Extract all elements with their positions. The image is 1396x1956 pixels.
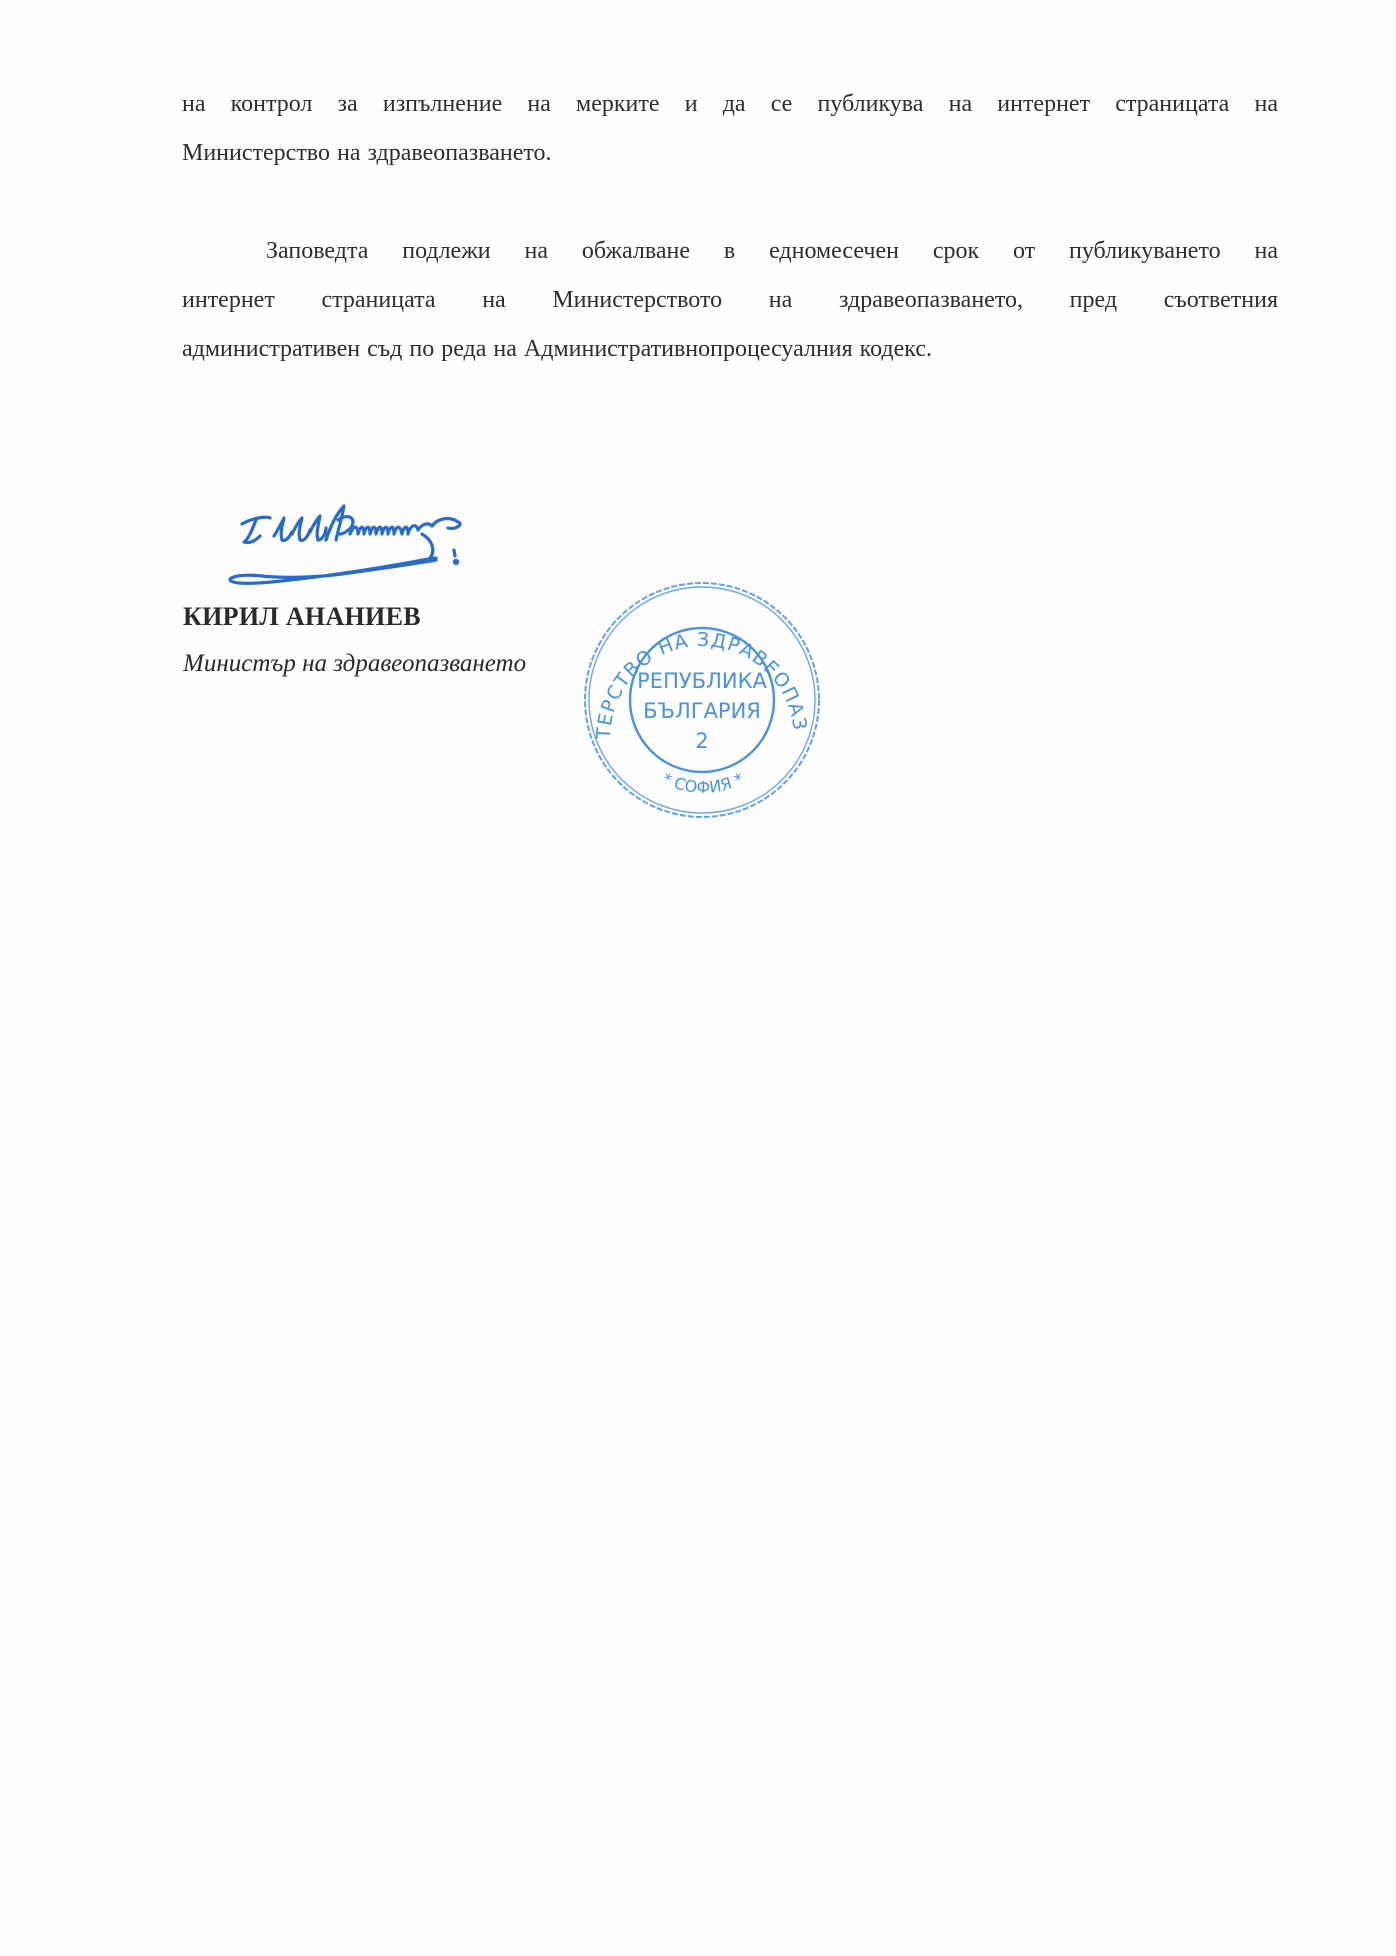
word: кодекс.	[860, 325, 932, 374]
word: Заповедта	[266, 227, 368, 276]
word: здравеопазването.	[367, 129, 551, 178]
paragraph-line: наконтролзаизпълнениенамеркитеидасепубли…	[182, 80, 1278, 129]
word: Административнопроцесуалния	[524, 325, 853, 374]
word: на	[949, 80, 973, 129]
word: интернет	[182, 276, 275, 325]
word: на	[524, 227, 548, 276]
stamp-bottom-text: * СОФИЯ *	[659, 769, 746, 797]
paragraph-line: Заповедтаподлежинаобжалваневедномесеченс…	[182, 227, 1278, 276]
word: публикува	[817, 80, 923, 129]
word: Министерство	[182, 129, 330, 178]
handwritten-signature	[222, 500, 484, 595]
word: на	[769, 276, 793, 325]
word: пред	[1070, 276, 1117, 325]
stamp-center-line: 2	[695, 729, 708, 753]
paragraph-appeal-notice: Заповедтаподлежинаобжалваневедномесеченс…	[182, 227, 1278, 374]
paragraph-line: административенсъдпореданаАдминистративн…	[182, 325, 1278, 374]
word: административен	[182, 325, 360, 374]
word: обжалване	[582, 227, 690, 276]
word: на	[182, 80, 206, 129]
word: на	[337, 129, 361, 178]
word: съд	[367, 325, 402, 374]
word: и	[685, 80, 698, 129]
word: на	[482, 276, 506, 325]
word: подлежи	[402, 227, 490, 276]
word: срок	[933, 227, 979, 276]
word: по	[409, 325, 434, 374]
word: здравеопазването,	[839, 276, 1023, 325]
word: в	[724, 227, 735, 276]
paragraph-measures-publication: наконтролзаизпълнениенамеркитеидасепубли…	[182, 80, 1278, 178]
word: на	[527, 80, 551, 129]
word: да	[723, 80, 746, 129]
word: на	[1254, 227, 1278, 276]
word: страницата	[321, 276, 435, 325]
official-stamp: МИНИСТЕРСТВО НА ЗДРАВЕОПАЗВАНЕТО * СОФИЯ…	[578, 578, 828, 823]
paragraph-line: интернетстраницатанаМинистерствотоназдра…	[182, 276, 1278, 325]
word: за	[338, 80, 358, 129]
word: изпълнение	[383, 80, 502, 129]
paragraph-line: Министерствоназдравеопазването.	[182, 129, 1278, 178]
word: се	[771, 80, 793, 129]
signer-title: Министър на здравеопазването	[183, 650, 526, 678]
word: публикуването	[1069, 227, 1221, 276]
stamp-center-line: БЪЛГАРИЯ	[643, 699, 761, 723]
word: интернет	[997, 80, 1090, 129]
word: на	[1254, 80, 1278, 129]
word: на	[493, 325, 517, 374]
word: мерките	[576, 80, 659, 129]
word: едномесечен	[769, 227, 899, 276]
word: Министерството	[552, 276, 722, 325]
word: реда	[441, 325, 486, 374]
word: от	[1013, 227, 1035, 276]
signer-name: КИРИЛ АНАНИЕВ	[183, 602, 421, 632]
word: контрол	[231, 80, 313, 129]
word: страницата	[1115, 80, 1229, 129]
word: съответния	[1164, 276, 1278, 325]
stamp-center-line: РЕПУБЛИКА	[637, 669, 767, 693]
